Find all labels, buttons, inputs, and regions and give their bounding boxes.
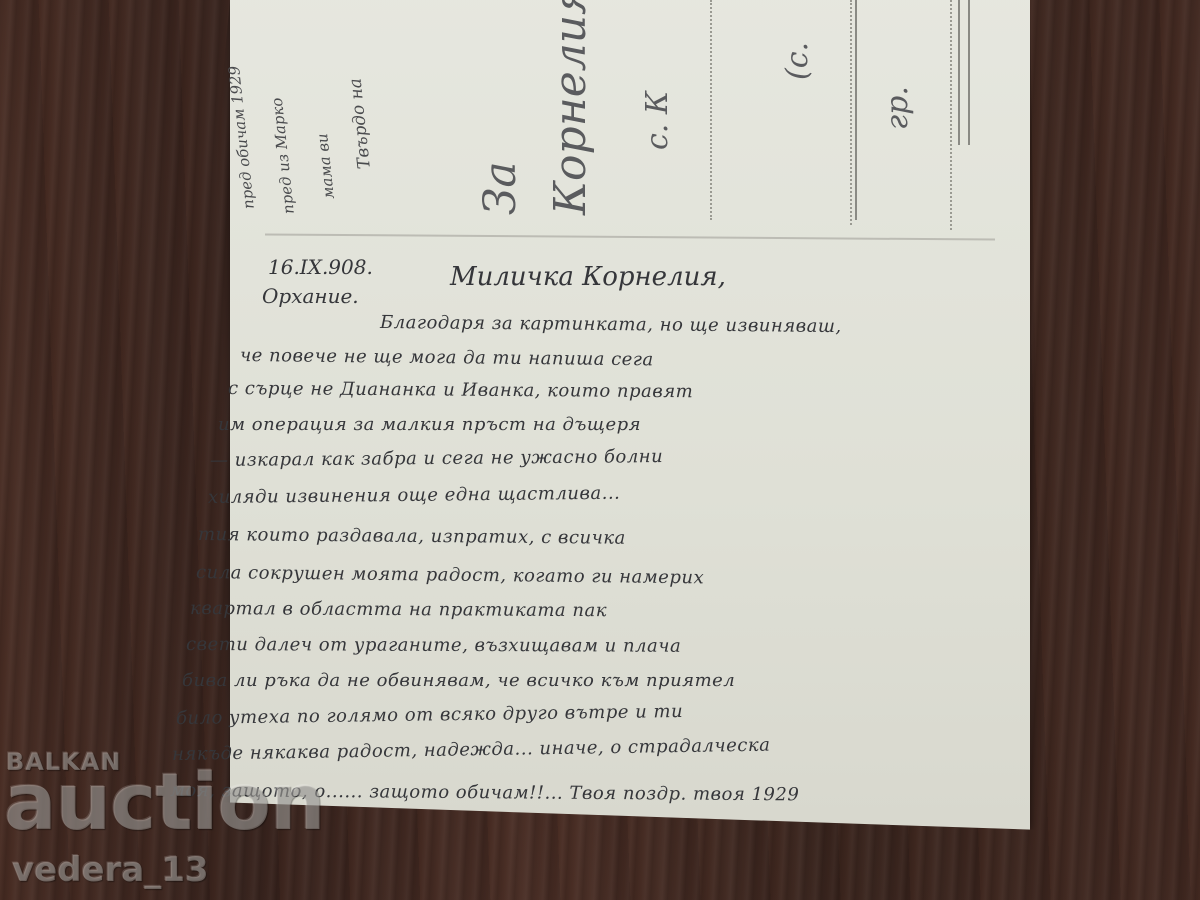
letter-line: тия които раздавала, изпратих, с всичка xyxy=(198,524,626,549)
letter-line: свети далеч от ураганите, възхищавам и п… xyxy=(186,634,681,657)
recipient-line: гр. xyxy=(880,86,915,130)
address-underline xyxy=(968,0,970,145)
address-underline xyxy=(958,0,960,145)
recipient-line: За xyxy=(475,161,526,215)
address-dotted-line xyxy=(710,0,712,220)
recipient-line: (с. xyxy=(780,42,815,80)
letter-line: с сърце не Диананка и Иванка, които прав… xyxy=(228,378,693,402)
address-dotted-line xyxy=(950,0,952,230)
letter-line: че повече не ще мога да ти напиша сега xyxy=(240,345,654,370)
letter-line: хиляди извинения още една щастлива... xyxy=(208,483,621,508)
letter-place: Орхание. xyxy=(262,284,359,308)
address-dotted-line xyxy=(850,0,852,225)
letter-line: им операция за малкия пръст на дъщеря xyxy=(218,414,641,435)
watermark-auction: auction xyxy=(4,758,325,848)
recipient-line: с. К xyxy=(640,91,675,150)
letter-line: Благодаря за картинката, но ще извиняваш… xyxy=(380,312,842,337)
letter-line: квартал в областта на практиката пак xyxy=(190,598,607,621)
letter-line: бива ли ръка да не обвинявам, че всичко … xyxy=(182,670,735,691)
letter-salutation: Миличка Корнелия, xyxy=(450,262,726,292)
letter-line: — изкарал как забра и сега не ужасно бол… xyxy=(210,446,663,471)
recipient-line: Корнелия xyxy=(545,0,596,215)
watermark-username: vedera_13 xyxy=(12,850,209,890)
letter-date: 16.IX.908. xyxy=(268,255,373,279)
address-underline xyxy=(855,0,857,220)
